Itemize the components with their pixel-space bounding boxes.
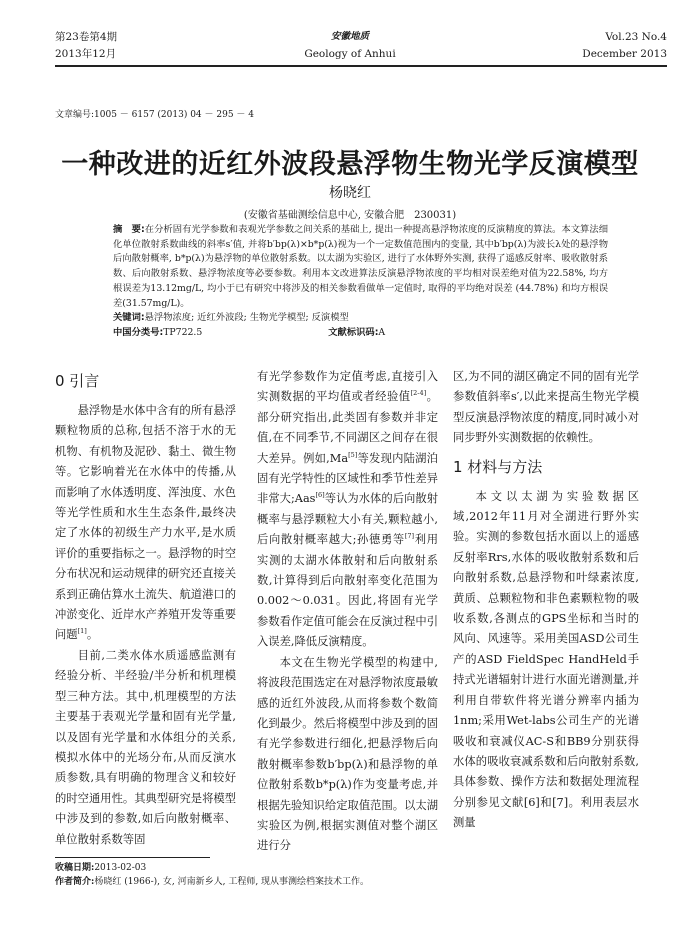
- paragraph: 悬浮物是水体中含有的所有悬浮颗粒物质的总称,包括不溶于水的无机物、有机物及泥砂、…: [55, 401, 236, 646]
- paper-title: 一种改进的近红外波段悬浮物生物光学反演模型: [0, 142, 700, 181]
- section-heading-intro: 0 引言: [55, 369, 236, 393]
- paragraph: 区,为不同的湖区确定不同的固有光学参数值斜率s′,以此来提高生物光学模型反演悬浮…: [453, 367, 639, 449]
- footnote-divider: [55, 857, 210, 858]
- keywords-text: 悬浮物浓度; 近红外波段; 生物光学模型; 反演模型: [145, 312, 349, 323]
- author-bio: 作者简介:杨晓红 (1966-), 女, 河南新乡人, 工程师, 现从事测绘档案…: [55, 875, 369, 889]
- header-volume-en: Vol.23 No.4: [605, 29, 667, 45]
- abstract-label: 摘 要:: [113, 224, 145, 235]
- article-number: 文章编号:1005 － 6157 (2013) 04 － 295 － 4: [55, 107, 254, 120]
- abstract-text: 在分析固有光学参数和表观光学参数之间关系的基础上, 提出一种提高悬浮物浓度的反演…: [113, 224, 608, 309]
- clc-value: TP722.5: [163, 327, 202, 338]
- citation: [6]: [315, 492, 324, 500]
- header-date-en: December 2013: [582, 46, 667, 62]
- author-name: 杨晓红: [0, 182, 700, 202]
- abstract: 摘 要:在分析固有光学参数和表观光学参数之间关系的基础上, 提出一种提高悬浮物浓…: [113, 223, 608, 311]
- header-divider: [55, 65, 667, 67]
- body-column-1: 0 引言 悬浮物是水体中含有的所有悬浮颗粒物质的总称,包括不溶于水的无机物、有机…: [55, 367, 236, 850]
- paragraph: 有光学参数作为定值考虑,直接引入实测数据的平均值或者经验值[2-4]。部分研究指…: [257, 367, 438, 653]
- doc-code-value: A: [378, 327, 385, 338]
- abstract-block: 摘 要:在分析固有光学参数和表观光学参数之间关系的基础上, 提出一种提高悬浮物浓…: [113, 223, 608, 341]
- received-date: 收稿日期:2013-02-03: [55, 861, 369, 875]
- author-affiliation: (安徽省基础测绘信息中心, 安徽合肥 230031): [0, 206, 700, 221]
- clc-label: 中国分类号:: [113, 327, 163, 338]
- citation: [5]: [348, 451, 357, 459]
- citation: [7]: [405, 532, 414, 540]
- citation: [1]: [78, 628, 87, 636]
- section-heading-methods: 1 材料与方法: [453, 455, 639, 479]
- paragraph: 本文以太湖为实验数据区域,2012年11月对全湖进行野外实验。实测的参数包括水面…: [453, 487, 639, 834]
- paragraph: 目前,二类水体水质遥感监测有经验分析、半经验/半分析和机理模型三种方法。其中,机…: [55, 646, 236, 850]
- keywords-label: 关键词:: [113, 312, 145, 323]
- body-column-3: 区,为不同的湖区确定不同的固有光学参数值斜率s′,以此来提高生物光学模型反演悬浮…: [453, 367, 639, 834]
- classification: 中国分类号:TP722.5 文献标识码:A: [113, 326, 608, 341]
- paragraph: 本文在生物光学模型的构建中,将波段范围选定在对悬浮物浓度最敏感的近红外波段,从而…: [257, 653, 438, 857]
- citation: [2-4]: [411, 390, 427, 398]
- header-journal-cn: 安徽地质: [0, 29, 700, 45]
- keywords: 关键词:悬浮物浓度; 近红外波段; 生物光学模型; 反演模型: [113, 311, 608, 326]
- doc-code-label: 文献标识码:: [328, 327, 378, 338]
- body-column-2: 有光学参数作为定值考虑,直接引入实测数据的平均值或者经验值[2-4]。部分研究指…: [257, 367, 438, 857]
- footnote: 收稿日期:2013-02-03 作者简介:杨晓红 (1966-), 女, 河南新…: [55, 861, 369, 889]
